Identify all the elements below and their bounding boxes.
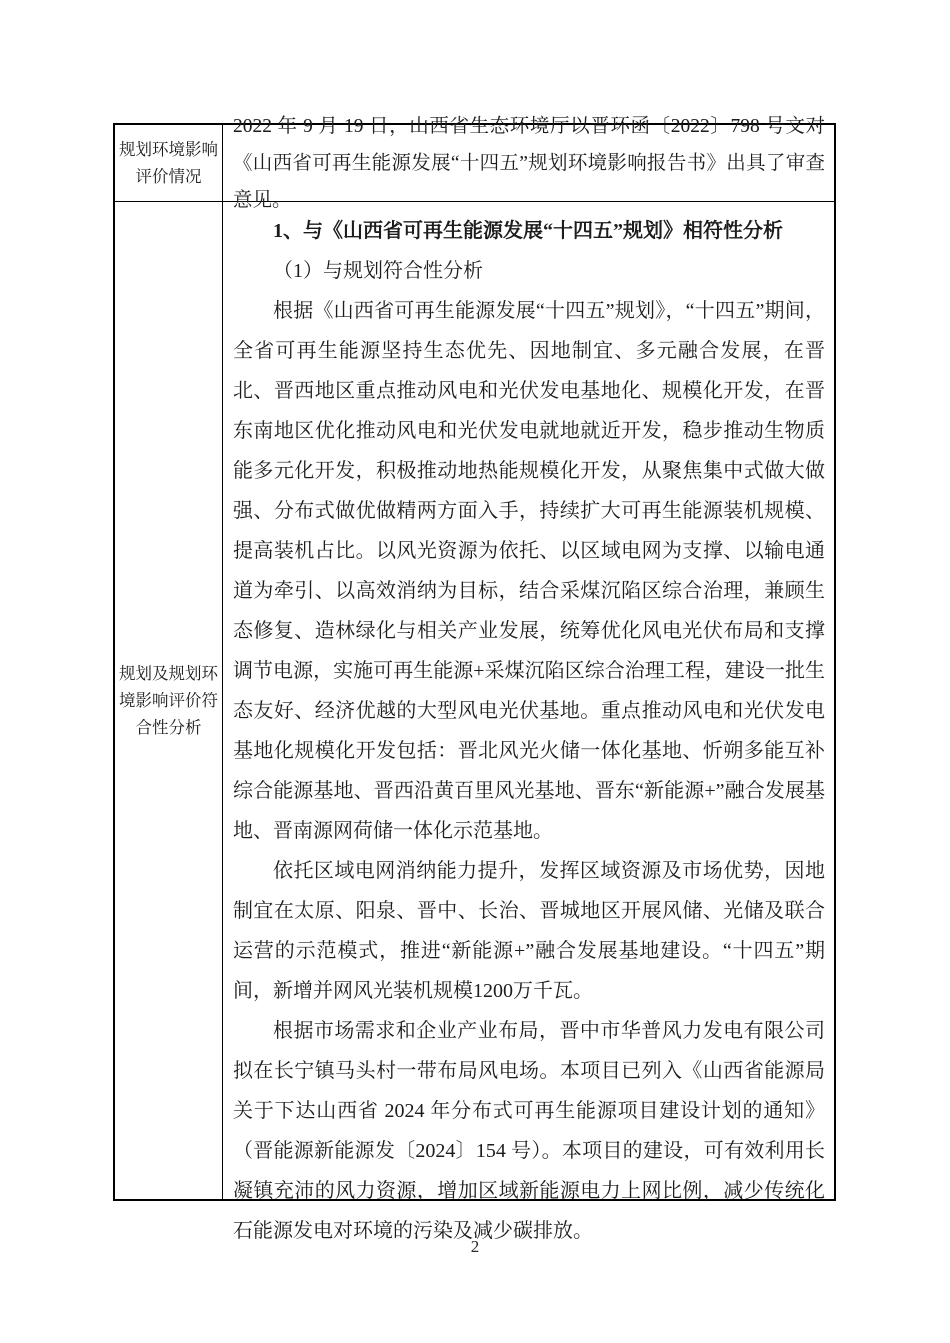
- row-header-plan-compliance-analysis: 规划及规划环境影响评价符合性分析: [115, 202, 223, 1199]
- paragraph-grid-consumption: 依托区域电网消纳能力提升，发挥区域资源及市场优势，因地制宜在太原、阳泉、晋中、长…: [233, 851, 825, 1011]
- table-row: 规划环境影响评价情况 2022 年 9 月 19 日，山西省生态环境厅以晋环函〔…: [115, 125, 834, 202]
- page-number: 2: [0, 1237, 950, 1257]
- paragraph-project-basis: 根据市场需求和企业产业布局，晋中市华普风力发电有限公司拟在长宁镇马头村一带布局风…: [233, 1011, 825, 1251]
- plan-compliance-analysis-text: 1、与《山西省可再生能源发展“十四五”规划》相符性分析 （1）与规划符合性分析 …: [223, 202, 834, 1199]
- row-header-planning-eia-status: 规划环境影响评价情况: [115, 125, 223, 201]
- subsection-heading-plan-compliance: （1）与规划符合性分析: [233, 251, 825, 291]
- section-heading-compatibility-analysis: 1、与《山西省可再生能源发展“十四五”规划》相符性分析: [233, 211, 825, 251]
- table-row: 规划及规划环境影响评价符合性分析 1、与《山西省可再生能源发展“十四五”规划》相…: [115, 202, 834, 1199]
- paragraph-plan-overview: 根据《山西省可再生能源发展“十四五”规划》，“十四五”期间，全省可再生能源坚持生…: [233, 291, 825, 851]
- planning-eia-status-text: 2022 年 9 月 19 日，山西省生态环境厅以晋环函〔2022〕798 号文…: [223, 125, 834, 201]
- eia-compliance-table: 规划环境影响评价情况 2022 年 9 月 19 日，山西省生态环境厅以晋环函〔…: [113, 123, 836, 1201]
